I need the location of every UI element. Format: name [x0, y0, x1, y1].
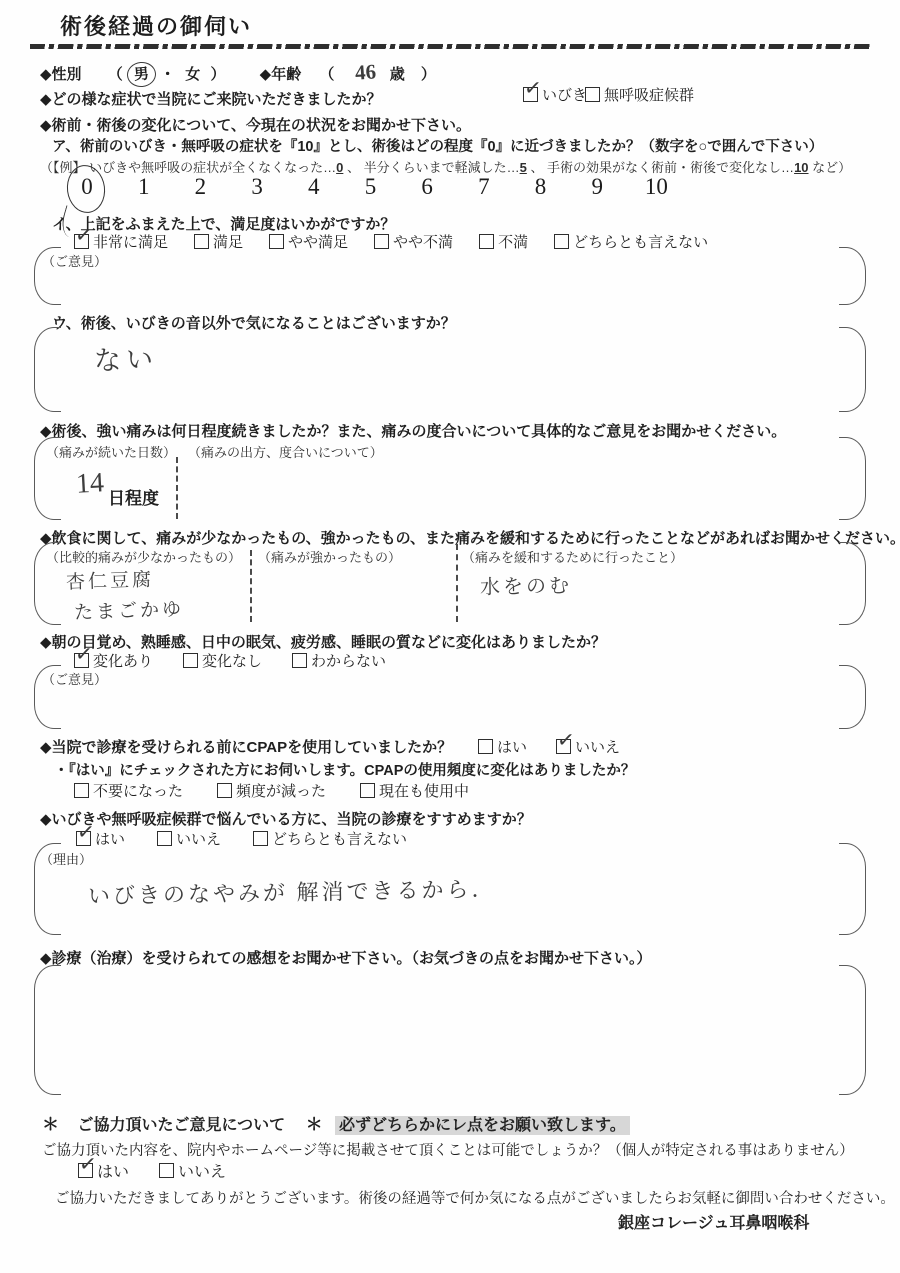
- scale-number: 2: [191, 174, 209, 200]
- checkbox-label: 不要になった: [93, 780, 183, 801]
- gender-paren-open: （: [108, 66, 123, 83]
- gender-paren-close: ）: [210, 66, 225, 83]
- gender-dot: ・: [160, 66, 175, 83]
- rating-scale: 0 1 2 3 4 5 6 7 8 9 10: [78, 174, 668, 200]
- checkbox-option-cpap-no: いいえ: [556, 736, 620, 757]
- checkbox-option-less-frequent: 頻度が減った: [217, 780, 326, 801]
- checkbox-label: はい: [97, 1159, 129, 1182]
- gender-option-male: 男: [126, 61, 157, 88]
- publish-options: はい いいえ: [78, 1159, 226, 1182]
- scale-number: 3: [248, 174, 266, 200]
- checkbox-label: いびき: [542, 84, 587, 105]
- pain-days-value-handwriting: 14: [75, 467, 105, 500]
- checkbox-label: 頻度が減った: [236, 780, 326, 801]
- other-concerns-answer-handwriting: ない: [93, 337, 158, 378]
- scale-number: 7: [475, 174, 493, 200]
- food-col1-answer-line1-handwriting: 杏仁豆腐: [66, 564, 155, 594]
- survey-form-page: 術後経過の御伺い ◆性別 （ 男 ・ 女 ） ◆年齢 （ 46 歳 ） ◆どの様…: [0, 0, 900, 1273]
- pain-detail-label: （痛みの出方、度合いについて）: [188, 442, 383, 461]
- checkbox-option-publish-yes: はい: [78, 1159, 129, 1182]
- checkbox-option-ibiki: いびき: [523, 84, 587, 105]
- scale-number: 8: [532, 174, 550, 200]
- pain-days-label: （痛みが続いた日数）: [46, 442, 176, 461]
- age-label: ◆年齢: [260, 66, 302, 83]
- comment-box-label: （ご意見）: [42, 251, 107, 270]
- scale-number: 10: [645, 174, 668, 200]
- checkbox-label: いいえ: [575, 736, 620, 757]
- checkbox-icon: [159, 1163, 174, 1178]
- symptom-question: ◆どの様な症状で当院にご来院いただきましたか？: [40, 88, 382, 109]
- title-divider: [30, 44, 872, 49]
- example-text: 、 半分くらいまで軽減した…: [343, 160, 519, 175]
- recommend-question: ◆いびきや無呼吸症候群で悩んでいる方に、当院の診療をすすめますか？: [40, 808, 532, 829]
- cpap-question: ◆当院で診療を受けられる前にCPAPを使用していましたか？: [40, 736, 452, 757]
- checkbox-icon: [74, 783, 89, 798]
- example-number-5: 5: [520, 160, 527, 175]
- sleep-comment-box: [34, 665, 866, 729]
- comment-box-label: （ご意見）: [42, 669, 107, 688]
- checkbox-label: 無呼吸症候群: [604, 84, 694, 105]
- gender-age-row: ◆性別 （ 男 ・ 女 ） ◆年齢 （ 46 歳 ）: [40, 60, 436, 87]
- pain-box-divider: [176, 457, 178, 519]
- gender-label: ◆性別: [40, 66, 82, 83]
- checkbox-label: 現在も使用中: [379, 780, 469, 801]
- example-number-10: 10: [794, 160, 808, 175]
- change-question: ◆術前・術後の変化について、今現在の状況をお聞かせ下さい。: [40, 114, 471, 135]
- age-paren-open: （: [319, 66, 334, 83]
- footer-thanks-text: ご協力いただきましてありがとうございます。術後の経過等で何か気になる点がございま…: [55, 1187, 895, 1208]
- food-box-divider-1: [250, 550, 252, 622]
- scale-number: 5: [361, 174, 379, 200]
- checkbox-label: はい: [497, 736, 527, 757]
- cpap-sub-question: ・『はい』にチェックされた方にお伺いします。CPAPの使用頻度に変化はありました…: [54, 759, 635, 780]
- checkbox-icon: [478, 739, 493, 754]
- food-col3-label: （痛みを緩和するために行ったこと）: [462, 547, 683, 566]
- food-col1-label: （比較的痛みが少なかったもの）: [46, 547, 241, 566]
- scale-number: 6: [418, 174, 436, 200]
- footer-note-highlight: 必ずどちらかにレ点をお願い致します。: [335, 1116, 630, 1135]
- clinic-name: 銀座コレージュ耳鼻咽喉科: [618, 1210, 809, 1233]
- asterisk: ＊: [306, 1115, 323, 1134]
- scale-number: 4: [305, 174, 323, 200]
- asterisk: ＊: [42, 1115, 59, 1134]
- impression-answer-box: [34, 965, 866, 1095]
- other-concerns-box: [34, 327, 866, 412]
- example-text: など）: [809, 160, 852, 175]
- gender-option-female: 女: [185, 66, 200, 83]
- cpap-sub-options: 不要になった 頻度が減った 現在も使用中: [74, 780, 469, 801]
- age-value-handwriting: 46: [354, 59, 377, 85]
- change-sub-a: ア、術前のいびき・無呼吸の症状を『10』とし、術後はどの程度『0』に近づきました…: [52, 135, 823, 156]
- satisfaction-comment-box: [34, 247, 866, 305]
- checkbox-icon: [217, 783, 232, 798]
- checkbox-option-still-using: 現在も使用中: [360, 780, 469, 801]
- scale-number: 1: [135, 174, 153, 200]
- checkbox-option-no-longer-needed: 不要になった: [74, 780, 183, 801]
- food-col3-answer-handwriting: 水をのむ: [480, 569, 572, 600]
- checkbox-checked-icon: [78, 1163, 93, 1178]
- checkbox-icon: [360, 783, 375, 798]
- checkbox-icon: [585, 87, 600, 102]
- publish-question: ご協力頂いた内容を、院内やホームページ等に掲載させて頂くことは可能でしょうか？（…: [42, 1139, 854, 1160]
- scale-number-selected: 0: [78, 174, 96, 200]
- scale-number: 9: [588, 174, 606, 200]
- checkbox-checked-icon: [523, 87, 538, 102]
- page-title: 術後経過の御伺い: [60, 10, 252, 41]
- footer-note-row: ＊ ご協力頂いたご意見について ＊ 必ずどちらかにレ点をお願い致します。: [42, 1110, 630, 1135]
- food-col1-answer-line2-handwriting: たまごかゆ: [74, 594, 185, 625]
- age-unit: 歳: [390, 66, 405, 83]
- food-col2-label: （痛みが強かったもの）: [258, 547, 401, 566]
- example-text: 、 手術の効果がなく術前・術後で変化なし…: [527, 160, 794, 175]
- checkbox-option-publish-no: いいえ: [159, 1159, 226, 1182]
- food-box-divider-2: [456, 544, 458, 622]
- checkbox-option-mukokyu: 無呼吸症候群: [585, 84, 694, 105]
- checkbox-option-cpap-yes: はい: [478, 736, 527, 757]
- pain-days-unit: 日程度: [108, 484, 159, 509]
- checkbox-label: いいえ: [178, 1159, 226, 1182]
- checkbox-checked-icon: [556, 739, 571, 754]
- footer-note-label: ご協力頂いたご意見について: [77, 1117, 285, 1134]
- age-paren-close: ）: [421, 66, 436, 83]
- reason-box-label: （理由）: [40, 849, 92, 868]
- sleep-question: ◆朝の目覚め、熟睡感、日中の眠気、疲労感、睡眠の質などに変化はありましたか？: [40, 631, 606, 652]
